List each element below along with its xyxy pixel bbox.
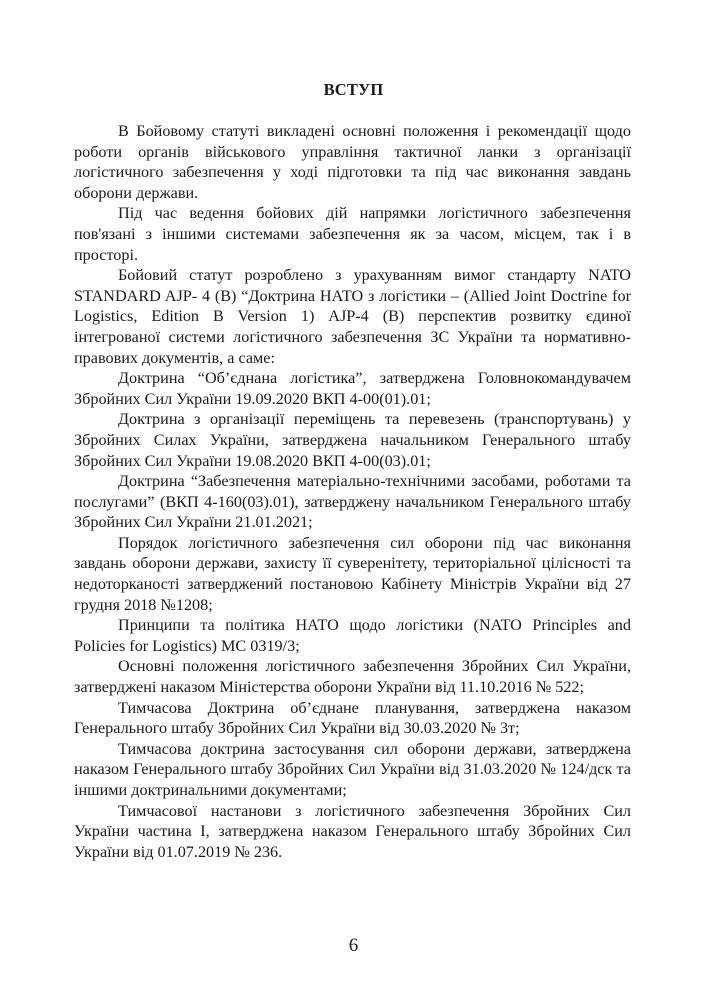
paragraph: Доктрина “Об’єднана логістика”, затвердж…: [74, 368, 631, 409]
section-heading: ВСТУП: [0, 80, 707, 100]
paragraph: Порядок логістичного забезпечення сил об…: [74, 533, 631, 615]
paragraph: Тимчасова доктрина застосування сил обор…: [74, 739, 631, 801]
paragraph: Під час ведення бойових дій напрямки лог…: [74, 203, 631, 265]
paragraph: Принципи та політика НАТО щодо логістики…: [74, 615, 631, 656]
paragraph: Доктрина з організації переміщень та пер…: [74, 409, 631, 471]
document-page: ВСТУП В Бойовому статуті викладені основ…: [0, 0, 707, 1000]
paragraph: Бойовий статут розроблено з урахуванням …: [74, 265, 631, 368]
paragraph: Тимчасової настанови з логістичного забе…: [74, 801, 631, 863]
paragraph: Тимчасова Доктрина об’єднане планування,…: [74, 698, 631, 739]
paragraph: Основні положення логістичного забезпече…: [74, 656, 631, 697]
page-number: 6: [0, 935, 707, 957]
body-text: В Бойовому статуті викладені основні пол…: [74, 121, 631, 862]
paragraph: Доктрина “Забезпечення матеріально-техні…: [74, 471, 631, 533]
paragraph: В Бойовому статуті викладені основні пол…: [74, 121, 631, 203]
